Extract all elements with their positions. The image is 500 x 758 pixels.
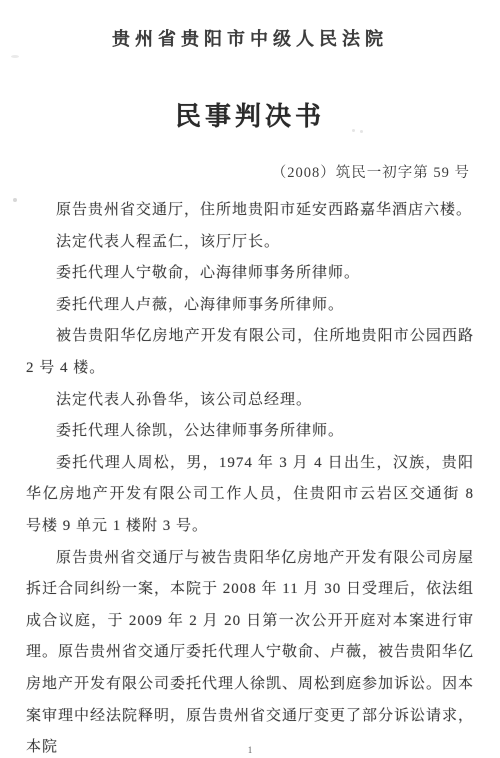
paragraph-defendant-agent-1: 委托代理人徐凯，公达律师事务所律师。 <box>26 416 474 448</box>
scan-artifact <box>352 129 355 132</box>
case-number: （2008）筑民一初字第 59 号 <box>0 164 500 182</box>
paragraph-plaintiff-agent-2: 委托代理人卢薇，心海律师事务所律师。 <box>26 290 474 322</box>
paragraph-defendant-agent-2: 委托代理人周松，男，1974 年 3 月 4 日出生，汉族，贵阳华亿房地产开发有… <box>26 448 474 543</box>
page-number: 1 <box>0 745 500 755</box>
judgment-document-page: 贵州省贵阳市中级人民法院 民事判决书 （2008）筑民一初字第 59 号 原告贵… <box>0 0 500 758</box>
paragraph-defendant-representative: 法定代表人孙鲁华，该公司总经理。 <box>26 385 474 417</box>
judgment-body: 原告贵州省交通厅，住所地贵阳市延安西路嘉华酒店六楼。 法定代表人程孟仁，该厅厅长… <box>0 195 500 758</box>
paragraph-plaintiff-agent-1: 委托代理人宁敬俞，心海律师事务所律师。 <box>26 258 474 290</box>
paragraph-case-summary: 原告贵州省交通厅与被告贵阳华亿房地产开发有限公司房屋拆迁合同纠纷一案，本院于 2… <box>26 543 474 758</box>
scan-artifact <box>360 130 363 133</box>
scan-artifact <box>13 198 17 202</box>
document-title: 民事判决书 <box>0 100 500 132</box>
paragraph-plaintiff-representative: 法定代表人程孟仁，该厅厅长。 <box>26 227 474 259</box>
paragraph-plaintiff: 原告贵州省交通厅，住所地贵阳市延安西路嘉华酒店六楼。 <box>26 195 474 227</box>
paragraph-defendant: 被告贵阳华亿房地产开发有限公司，住所地贵阳市公园西路 2 号 4 楼。 <box>26 321 474 384</box>
scan-artifact <box>11 55 19 58</box>
court-name: 贵州省贵阳市中级人民法院 <box>0 0 500 51</box>
